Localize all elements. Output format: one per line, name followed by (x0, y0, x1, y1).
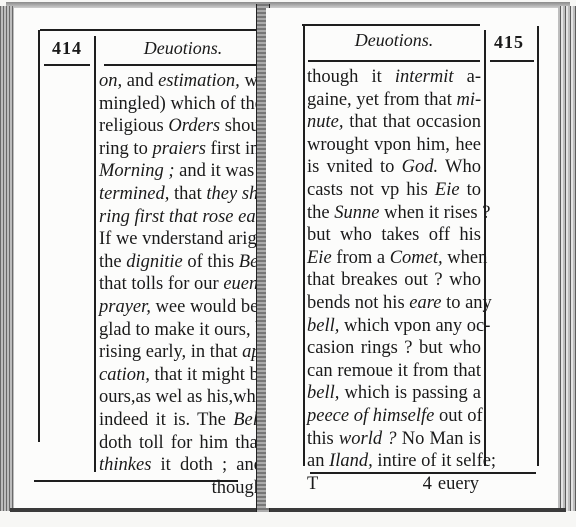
text-line: that breakes out ? who (307, 269, 481, 292)
text-line: wrought vpon him, hee (307, 134, 481, 157)
catchword: euery (438, 474, 479, 494)
left-margin-vertical-rule (94, 36, 96, 472)
text-line: Morning ; and it was de- (99, 160, 263, 183)
text-line: bell, which vpon any oc- (307, 315, 481, 338)
text-line: doth toll for him that (99, 432, 263, 455)
right-inner-vertical-rule (303, 26, 305, 466)
text-line: mingled) which of the (99, 93, 263, 116)
text-line: bell, which is passing a (307, 382, 481, 405)
text-line: gaine, yet from that mi- (307, 89, 481, 112)
text-line: glad to make it ours, by (99, 319, 263, 342)
text-line: Eie from a Comet, when (307, 247, 481, 270)
text-line: cation, that it might bee (99, 364, 263, 387)
text-line: If we vnderstand aright (99, 228, 263, 251)
text-line: this world ? No Man is (307, 428, 481, 451)
text-line: indeed it is. The Bell (99, 409, 263, 432)
text-line: thinkes it doth ; and (99, 454, 263, 477)
text-line: the Sunne when it rises ? (307, 202, 481, 225)
right-page-body: though it intermit a-gaine, yet from tha… (307, 66, 481, 495)
signature-line: T 4euery (307, 473, 481, 496)
scanned-book-spread: 414 Deuotions. on, and estimation, werem… (0, 0, 576, 527)
text-line: an Iland, intire of it selfe; (307, 450, 481, 473)
text-line: ring to praiers first in the (99, 138, 263, 161)
signature-mark: T 4 (307, 474, 438, 494)
text-line: though (99, 477, 263, 500)
text-line: rising early, in that appli- (99, 341, 263, 364)
right-folio-underline (490, 60, 534, 62)
text-line: termined, that they should (99, 183, 263, 206)
book-bottom-edge (10, 508, 566, 512)
right-top-rule (302, 24, 480, 26)
text-line: casts not vp his Eie to (307, 179, 481, 202)
text-line: is vnited to God. Who (307, 156, 481, 179)
left-folio-underline (44, 64, 90, 66)
text-line: though it intermit a- (307, 66, 481, 89)
text-line: but who takes off his (307, 224, 481, 247)
left-page-number: 414 (52, 38, 82, 59)
text-line: nute, that that occasion (307, 111, 481, 134)
text-line: ring first that rose earliest. (99, 206, 263, 229)
text-line: peece of himselfe out of (307, 405, 481, 428)
right-head-underline (308, 60, 480, 62)
text-line: that tolls for our euening (99, 273, 263, 296)
text-line: on, and estimation, were (99, 70, 263, 93)
left-running-head: Deuotions. (100, 38, 266, 59)
right-running-head: Deuotions. (308, 30, 480, 51)
text-line: prayer, wee would bee (99, 296, 263, 319)
text-line: casion rings ? but who (307, 337, 481, 360)
text-line: can remoue it from that (307, 360, 481, 383)
text-line: the dignitie of this Bell, (99, 251, 263, 274)
right-page-number: 415 (494, 32, 524, 53)
right-outer-vertical-rule (537, 26, 539, 466)
left-head-underline (104, 64, 262, 66)
left-page-body: on, and estimation, weremingled) which o… (99, 70, 263, 499)
text-line: ours,as wel as his,whose (99, 386, 263, 409)
book-right-edge (558, 6, 576, 511)
left-top-rule (40, 29, 266, 31)
text-line: bends not his eare to any (307, 292, 481, 315)
book-left-edge (0, 6, 14, 511)
left-outer-vertical-rule (38, 30, 40, 442)
text-line: religious Orders should (99, 115, 263, 138)
